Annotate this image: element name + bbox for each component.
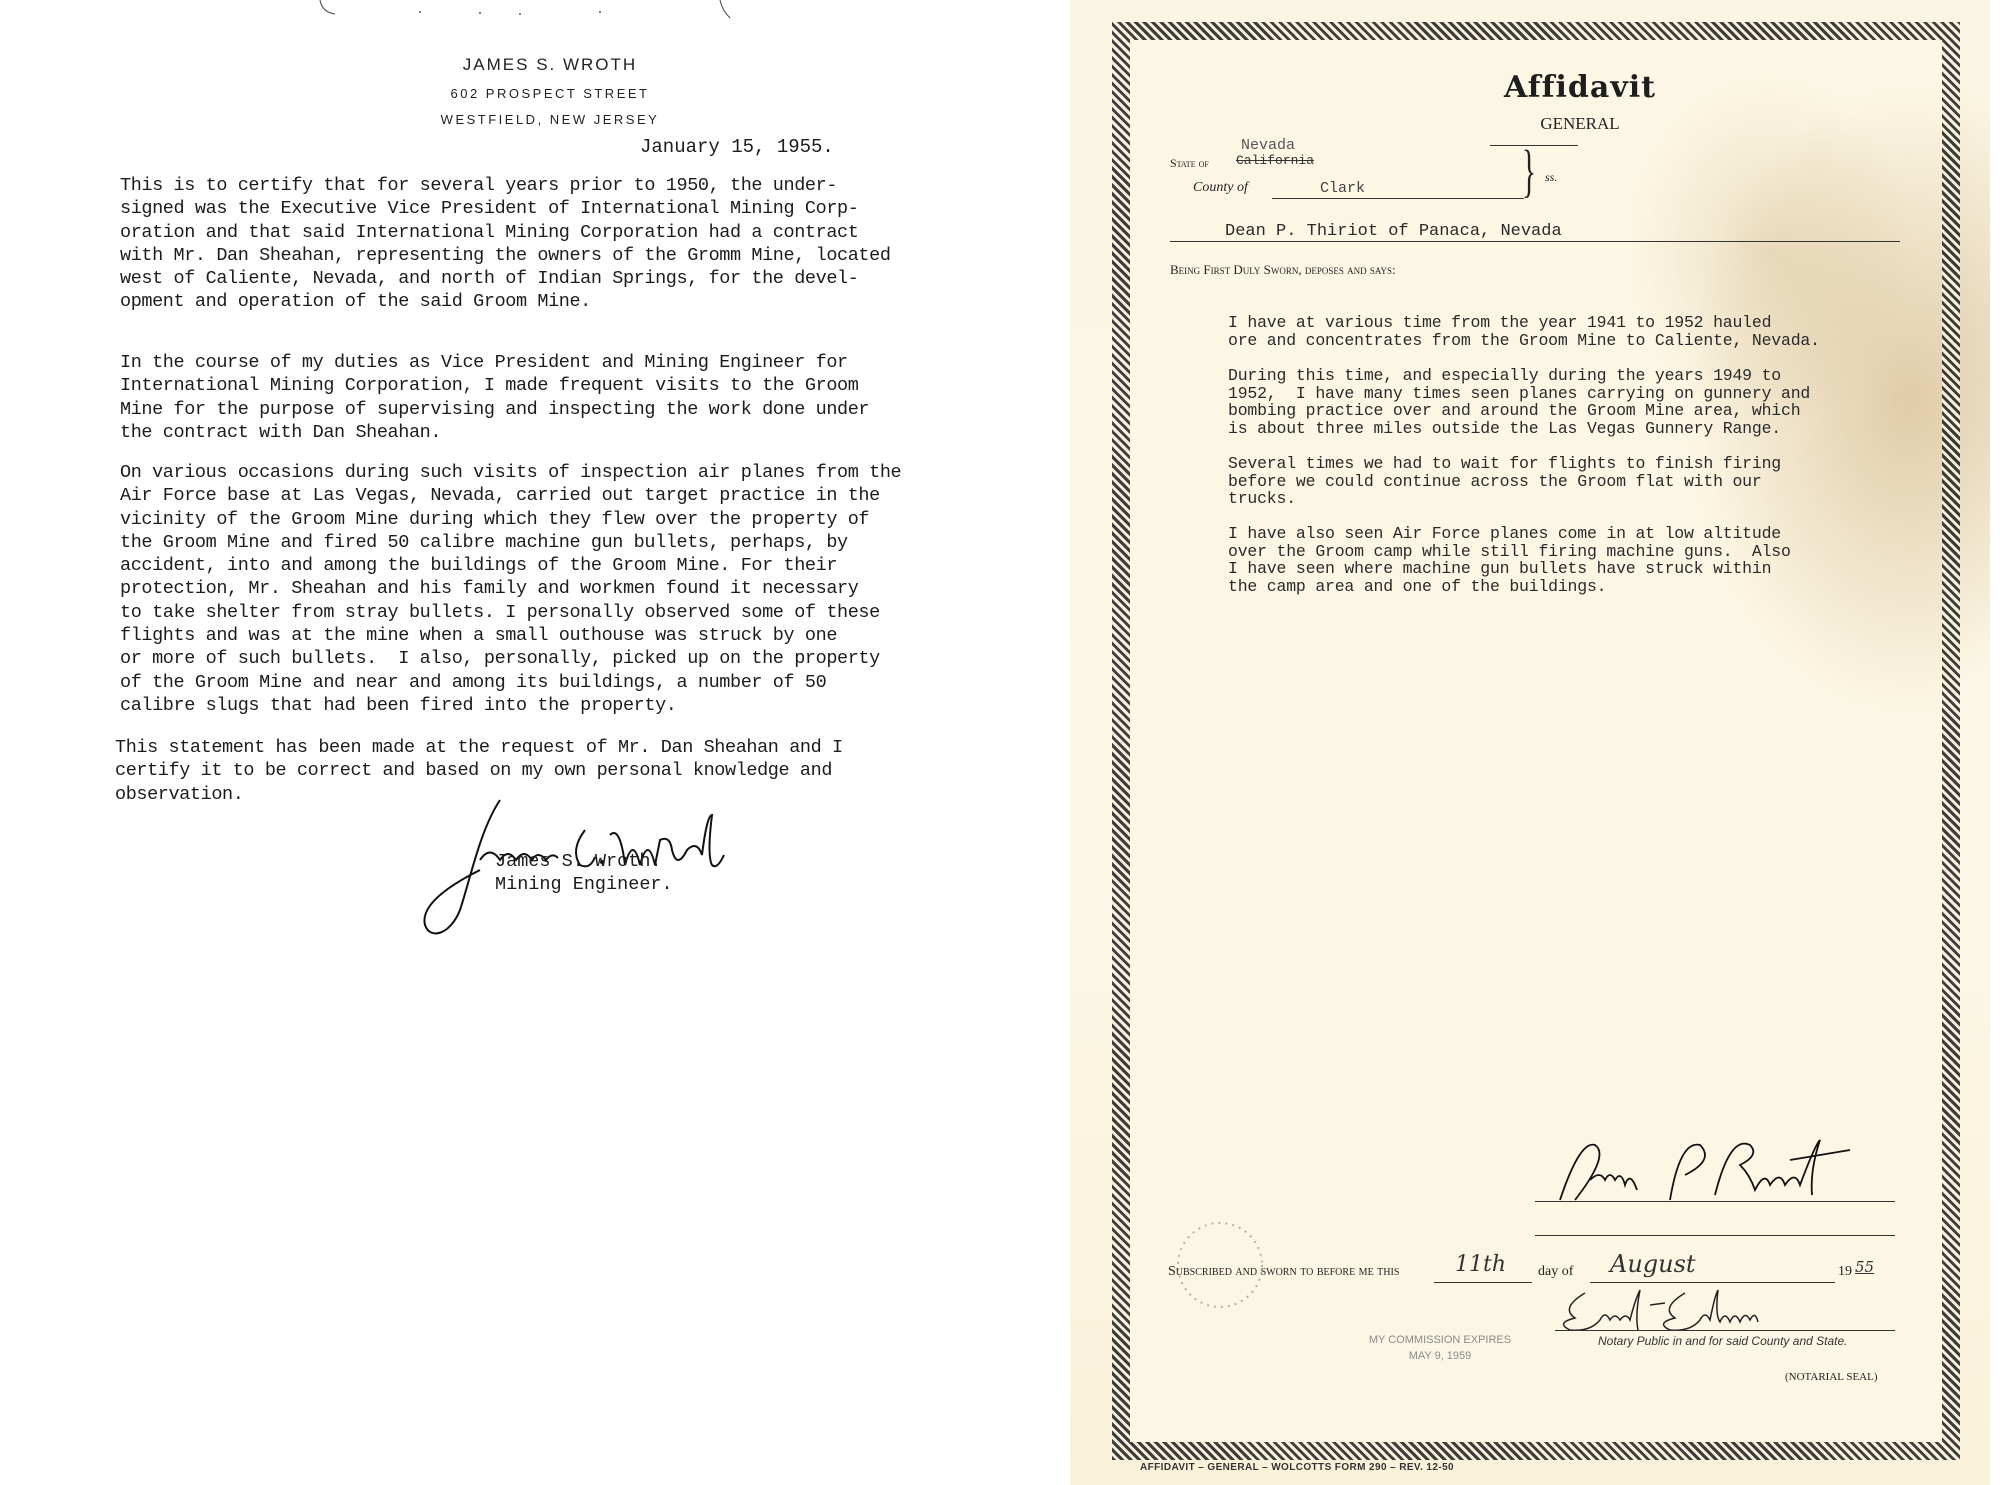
state-struck-value: California bbox=[1236, 153, 1314, 168]
year-prefix: 19 bbox=[1838, 1264, 1852, 1280]
affidavit-paragraph: During this time, and especially during … bbox=[1228, 367, 1810, 437]
thiriot-signature bbox=[1550, 1135, 1890, 1205]
state-label: State of bbox=[1170, 156, 1209, 171]
jurat-month: August bbox=[1610, 1250, 1696, 1278]
year-suffix: 55 bbox=[1855, 1258, 1874, 1276]
scan-marks bbox=[300, 0, 740, 30]
brace-icon: } bbox=[1522, 142, 1536, 200]
form-footer: AFFIDAVIT – GENERAL – WOLCOTTS FORM 290 … bbox=[1140, 1462, 1454, 1473]
county-value: Clark bbox=[1320, 180, 1365, 197]
commission-date: MAY 9, 1959 bbox=[1360, 1348, 1520, 1364]
affidavit-paragraph: I have also seen Air Force planes come i… bbox=[1228, 525, 1791, 595]
page-edge bbox=[1990, 0, 2000, 1485]
affidavit-paragraph: I have at various time from the year 194… bbox=[1228, 314, 1820, 349]
affidavit-title: Affidavit bbox=[1380, 70, 1780, 105]
sworn-intro: Being First Duly Sworn, deposes and says… bbox=[1170, 262, 1396, 278]
letterhead-name: JAMES S. WROTH bbox=[300, 55, 800, 75]
notarial-seal-label: (NOTARIAL SEAL) bbox=[1785, 1371, 1878, 1383]
month-rule bbox=[1590, 1282, 1835, 1283]
day-of-label: day of bbox=[1538, 1264, 1573, 1280]
state-value: Nevada bbox=[1241, 137, 1295, 154]
letterhead-street: 602 PROSPECT STREET bbox=[300, 86, 800, 101]
affiant-rule bbox=[1170, 241, 1900, 242]
notary-rule bbox=[1555, 1330, 1895, 1331]
day-rule bbox=[1434, 1282, 1532, 1283]
letter-paragraph: On various occasions during such visits … bbox=[120, 461, 901, 717]
jurat-label: Subscribed and sworn to before me this bbox=[1168, 1264, 1399, 1280]
commission-line: MY COMMISSION EXPIRES bbox=[1360, 1332, 1520, 1348]
ss-label: ss. bbox=[1545, 170, 1557, 185]
county-label: County of bbox=[1193, 180, 1248, 196]
affidavit-paragraph: Several times we had to wait for flights… bbox=[1228, 455, 1781, 508]
affiant-name: Dean P. Thiriot of Panaca, Nevada bbox=[1225, 222, 1562, 241]
letter-paragraph: In the course of my duties as Vice Presi… bbox=[120, 351, 869, 444]
jurat-day: 11th bbox=[1455, 1252, 1506, 1277]
letter-paragraph: This is to certify that for several year… bbox=[120, 174, 891, 314]
commission-stamp: MY COMMISSION EXPIRES MAY 9, 1959 bbox=[1360, 1332, 1520, 1364]
letter-date: January 15, 1955. bbox=[640, 136, 834, 158]
signatory-block: James S. Wroth. Mining Engineer. bbox=[495, 850, 673, 896]
notary-caption: Notary Public in and for said County and… bbox=[1598, 1334, 1847, 1348]
notary-signature bbox=[1555, 1285, 1775, 1333]
letterhead-city: WESTFIELD, NEW JERSEY bbox=[300, 112, 800, 127]
county-rule bbox=[1272, 198, 1524, 199]
affiant-signature-rule bbox=[1535, 1201, 1895, 1202]
signature-rule bbox=[1535, 1235, 1895, 1236]
affidavit-subtitle: GENERAL bbox=[1480, 114, 1680, 134]
